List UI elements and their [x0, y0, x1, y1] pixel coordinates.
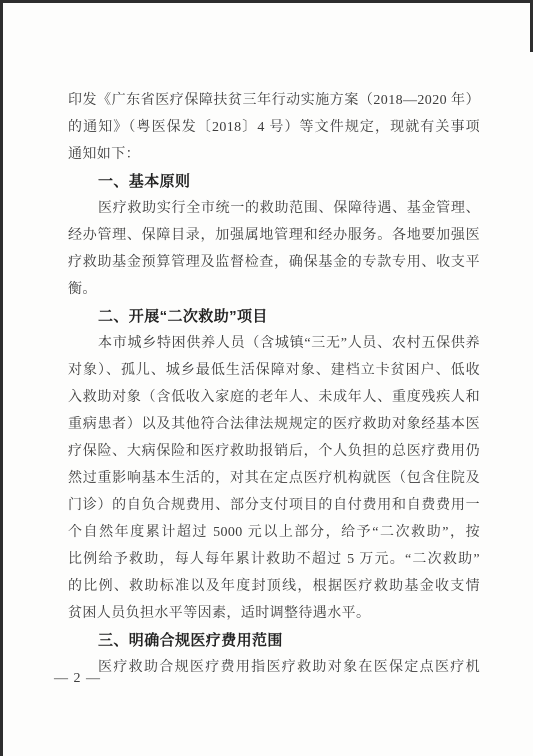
document-body: 印发《广东省医疗保障扶贫三年行动实施方案（2018—2020 年）的通知》（粤医… — [68, 87, 480, 681]
text-line: 印发《广东省医疗保障扶贫三年行动实施方案（2018—2020 年） — [68, 87, 480, 114]
text-line: 衡。 — [68, 276, 480, 303]
text-line: 通知如下： — [68, 141, 480, 168]
text-line: 入救助对象（含低收入家庭的老年人、未成年人、重度残疾人和 — [68, 384, 480, 411]
text-line: 个自然年度累计超过 5000 元以上部分，给予“二次救助”，按 50% — [68, 519, 480, 546]
text-line: 医疗救助实行全市统一的救助范围、保障待遇、基金管理、 — [68, 195, 480, 222]
text-line: 重病患者）以及其他符合法律法规规定的医疗救助对象经基本医 — [68, 411, 480, 438]
text-line: 的通知》（粤医保发〔2018〕4 号）等文件规定，现就有关事项 — [68, 114, 480, 141]
text-line: 经办管理、保障目录，加强属地管理和经办服务。各地要加强医 — [68, 222, 480, 249]
scan-edge-top — [0, 0, 533, 3]
text-line: 疗保险、大病保险和医疗救助报销后，个人负担的总医疗费用仍 — [68, 438, 480, 465]
page-number: — 2 — — [54, 669, 101, 689]
section-heading: 一、基本原则 — [68, 168, 480, 195]
text-line: 比例给予救助，每人每年累计救助不超过 5 万元。“二次救助” — [68, 546, 480, 573]
scan-edge-left — [0, 0, 3, 756]
text-line: 贫困人员负担水平等因素，适时调整待遇水平。 — [68, 600, 480, 627]
section-heading: 二、开展“二次救助”项目 — [68, 303, 480, 330]
text-line: 疗救助基金预算管理及监督检查，确保基金的专款专用、收支平 — [68, 249, 480, 276]
text-line: 本市城乡特困供养人员（含城镇“三无”人员、农村五保供养 — [68, 330, 480, 357]
text-line: 门诊）的自负合规费用、部分支付项目的自付费用和自费费用一 — [68, 492, 480, 519]
text-line: 的比例、救助标准以及年度封顶线，根据医疗救助基金收支情况、 — [68, 573, 480, 600]
scanned-document-page: 印发《广东省医疗保障扶贫三年行动实施方案（2018—2020 年）的通知》（粤医… — [0, 0, 533, 756]
text-line: 医疗救助合规医疗费用指医疗救助对象在医保定点医疗机 — [68, 654, 480, 681]
text-line: 对象）、孤儿、城乡最低生活保障对象、建档立卡贫困户、低收 — [68, 357, 480, 384]
text-line: 然过重影响基本生活的，对其在定点医疗机构就医（包含住院及 — [68, 465, 480, 492]
section-heading: 三、明确合规医疗费用范围 — [68, 627, 480, 654]
